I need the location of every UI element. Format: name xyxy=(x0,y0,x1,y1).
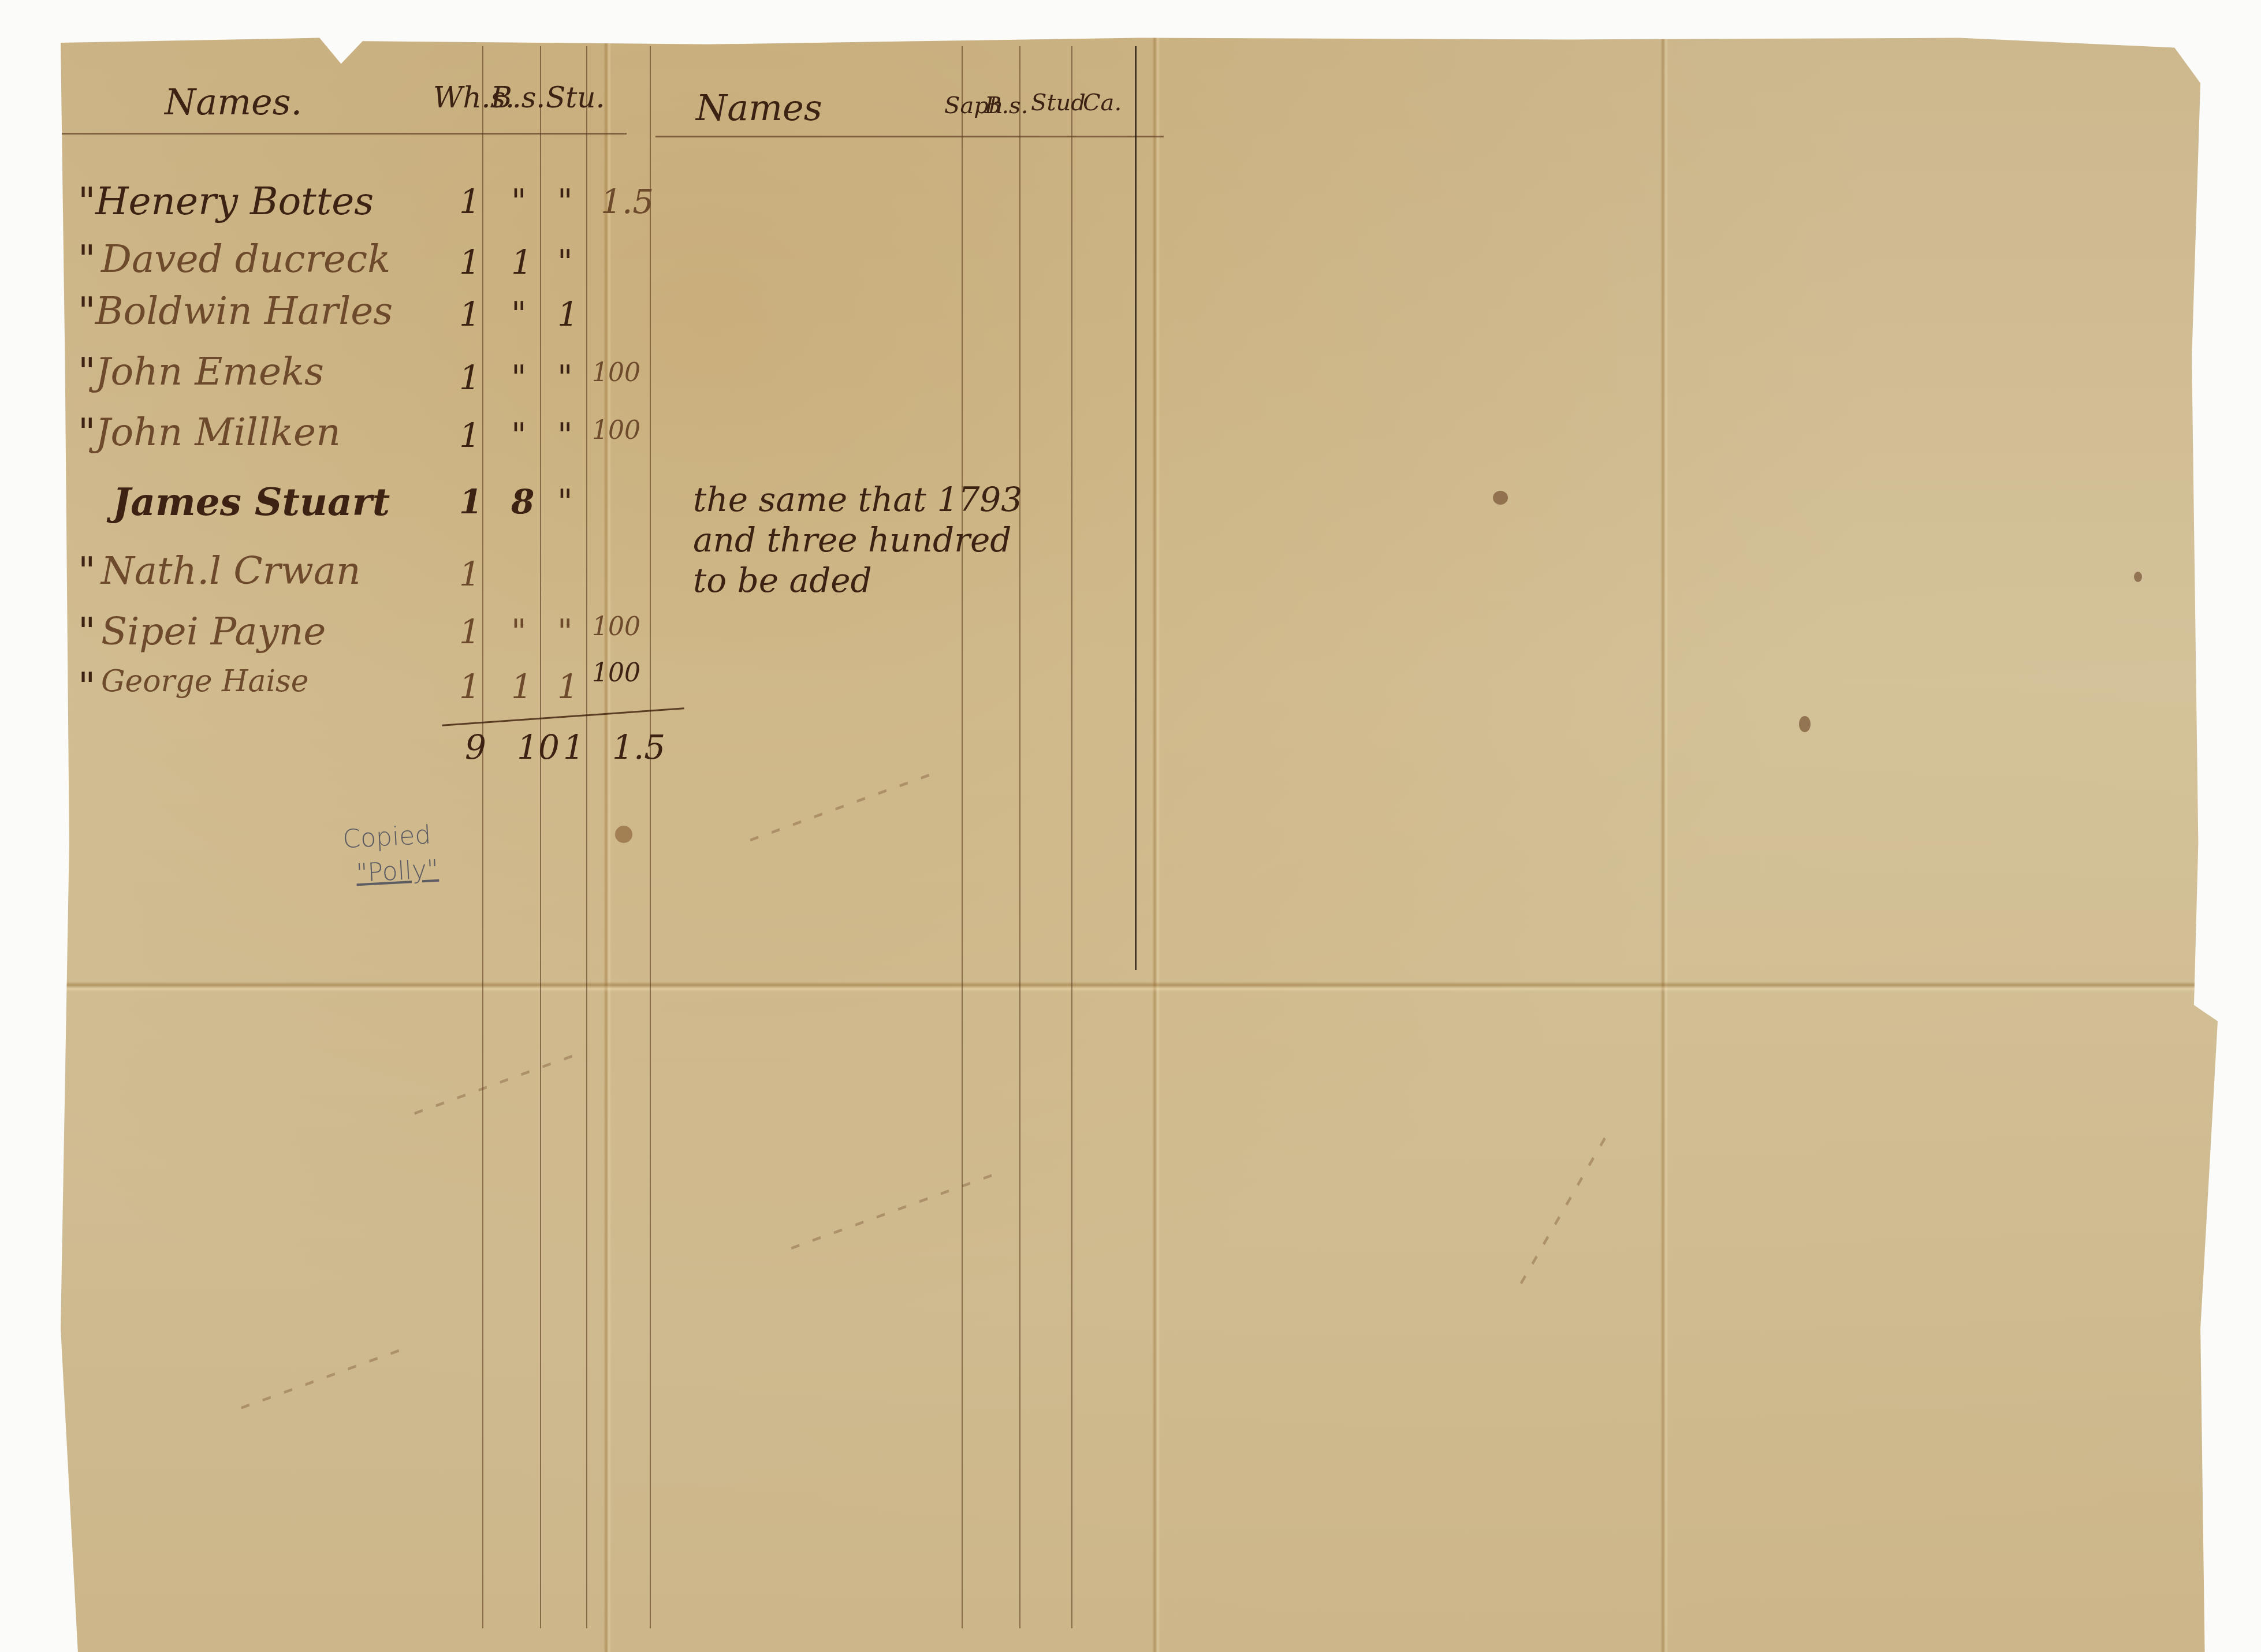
row-col2: 8 xyxy=(511,482,534,521)
row-name: Henery Bottes xyxy=(95,179,374,223)
row-col2: 1 xyxy=(511,667,532,706)
row-col4: 100 xyxy=(592,416,640,445)
header-names: Names. xyxy=(165,81,302,123)
row-col1: 1 xyxy=(459,358,480,397)
row-name: James Stuart xyxy=(113,479,390,524)
row-name: John Millken xyxy=(95,410,341,454)
total-col4: 1.5 xyxy=(612,728,665,767)
totals-rule xyxy=(442,707,684,726)
row-col4: 100 xyxy=(592,358,640,387)
header-col4: Ca. xyxy=(1083,90,1122,116)
ditto-mark: " xyxy=(78,664,95,708)
row-col3: " xyxy=(557,182,573,221)
row-col3: " xyxy=(557,243,573,282)
bleed-through-writing: - - - - - - - - xyxy=(405,1035,580,1131)
header-col3: Stu. xyxy=(546,81,605,114)
row-col1: 1 xyxy=(459,667,480,706)
header-rule xyxy=(61,133,627,135)
row-col1: 1 xyxy=(459,182,480,221)
annotation-line: Copied xyxy=(342,818,438,857)
row-col2: " xyxy=(511,358,527,397)
row-col3: " xyxy=(557,416,573,455)
vertical-fold xyxy=(1152,35,1160,1652)
pencil-annotation: Copied "Polly" xyxy=(342,818,439,892)
row-name: Boldwin Harles xyxy=(95,289,393,333)
row-name: Sipei Payne xyxy=(101,609,326,654)
ditto-mark: " xyxy=(78,549,95,593)
ink-stain xyxy=(2134,572,2142,582)
row-col3: 1 xyxy=(557,667,579,706)
row-col1: 1 xyxy=(459,416,480,455)
row-col1: 1 xyxy=(459,243,480,282)
row-col3: 1 xyxy=(557,294,579,334)
ditto-mark: " xyxy=(78,349,95,394)
row-name: George Haise xyxy=(101,664,309,699)
total-col2: 10 xyxy=(517,728,560,767)
ditto-mark: " xyxy=(78,410,95,454)
header-col2: B.s. xyxy=(985,92,1028,119)
header-rule xyxy=(655,136,1164,137)
header-names: Names xyxy=(696,87,822,129)
ditto-mark: " xyxy=(78,289,95,333)
column-rule xyxy=(962,46,963,1628)
bleed-through-writing: - - - - - - - - - - xyxy=(782,1154,999,1266)
header-col2: B.s. xyxy=(491,81,545,114)
column-rule xyxy=(650,46,651,1628)
header-col3: Stud xyxy=(1031,90,1086,116)
row-col3: " xyxy=(557,358,573,397)
vertical-fold xyxy=(604,35,612,1652)
row-col2: 1 xyxy=(511,243,532,282)
row-col2: " xyxy=(511,416,527,455)
total-col1: 9 xyxy=(465,728,486,767)
bleed-through-writing: - - - - - - - - xyxy=(232,1329,407,1426)
row-col2: " xyxy=(511,182,527,221)
vertical-fold xyxy=(1660,35,1668,1652)
row-col1: 1 xyxy=(459,482,482,521)
ink-stain xyxy=(1493,491,1508,505)
ditto-mark: " xyxy=(78,237,95,281)
annotation-line: "Polly" xyxy=(344,852,439,892)
note-line: and three hundred xyxy=(693,520,1022,560)
row-col1: 1 xyxy=(459,612,480,651)
bleed-through-writing: - - - - - - - - xyxy=(1501,1125,1621,1293)
row-col3: " xyxy=(557,612,573,651)
ink-stain xyxy=(1799,716,1811,732)
column-rule xyxy=(540,46,541,1628)
total-col3: 1 xyxy=(563,728,584,767)
row-col4: 1.5 xyxy=(601,182,654,221)
row-col1: 1 xyxy=(459,554,480,594)
column-rule xyxy=(1135,46,1137,970)
row-name: John Emeks xyxy=(95,349,324,394)
ditto-mark: " xyxy=(78,609,95,654)
column-rule xyxy=(482,46,483,1628)
horizontal-fold xyxy=(61,982,2218,992)
ditto-mark: " xyxy=(78,179,95,223)
row-col4: 100 xyxy=(592,612,640,642)
row-name: Nath.l Crwan xyxy=(101,549,361,593)
row-name: Daved ducreck xyxy=(101,237,390,281)
row-col1: 1 xyxy=(459,294,480,334)
note-text: the same that 1793 and three hundred to … xyxy=(693,479,1022,601)
column-rule xyxy=(586,46,587,1628)
bleed-through-writing: - - - - - - - - - xyxy=(741,754,937,857)
column-rule xyxy=(1019,46,1020,1628)
row-col3: " xyxy=(557,482,573,521)
row-col4: 100 xyxy=(592,658,640,688)
manuscript-page: Names. Wh.s. B.s. Stu. Names Saph B.s. S… xyxy=(61,35,2218,1652)
column-rule xyxy=(1071,46,1072,1628)
row-col2: " xyxy=(511,612,527,651)
note-line: the same that 1793 xyxy=(693,479,1022,520)
ink-stain xyxy=(615,826,632,843)
note-line: to be aded xyxy=(693,560,1022,601)
row-col2: " xyxy=(511,294,527,334)
